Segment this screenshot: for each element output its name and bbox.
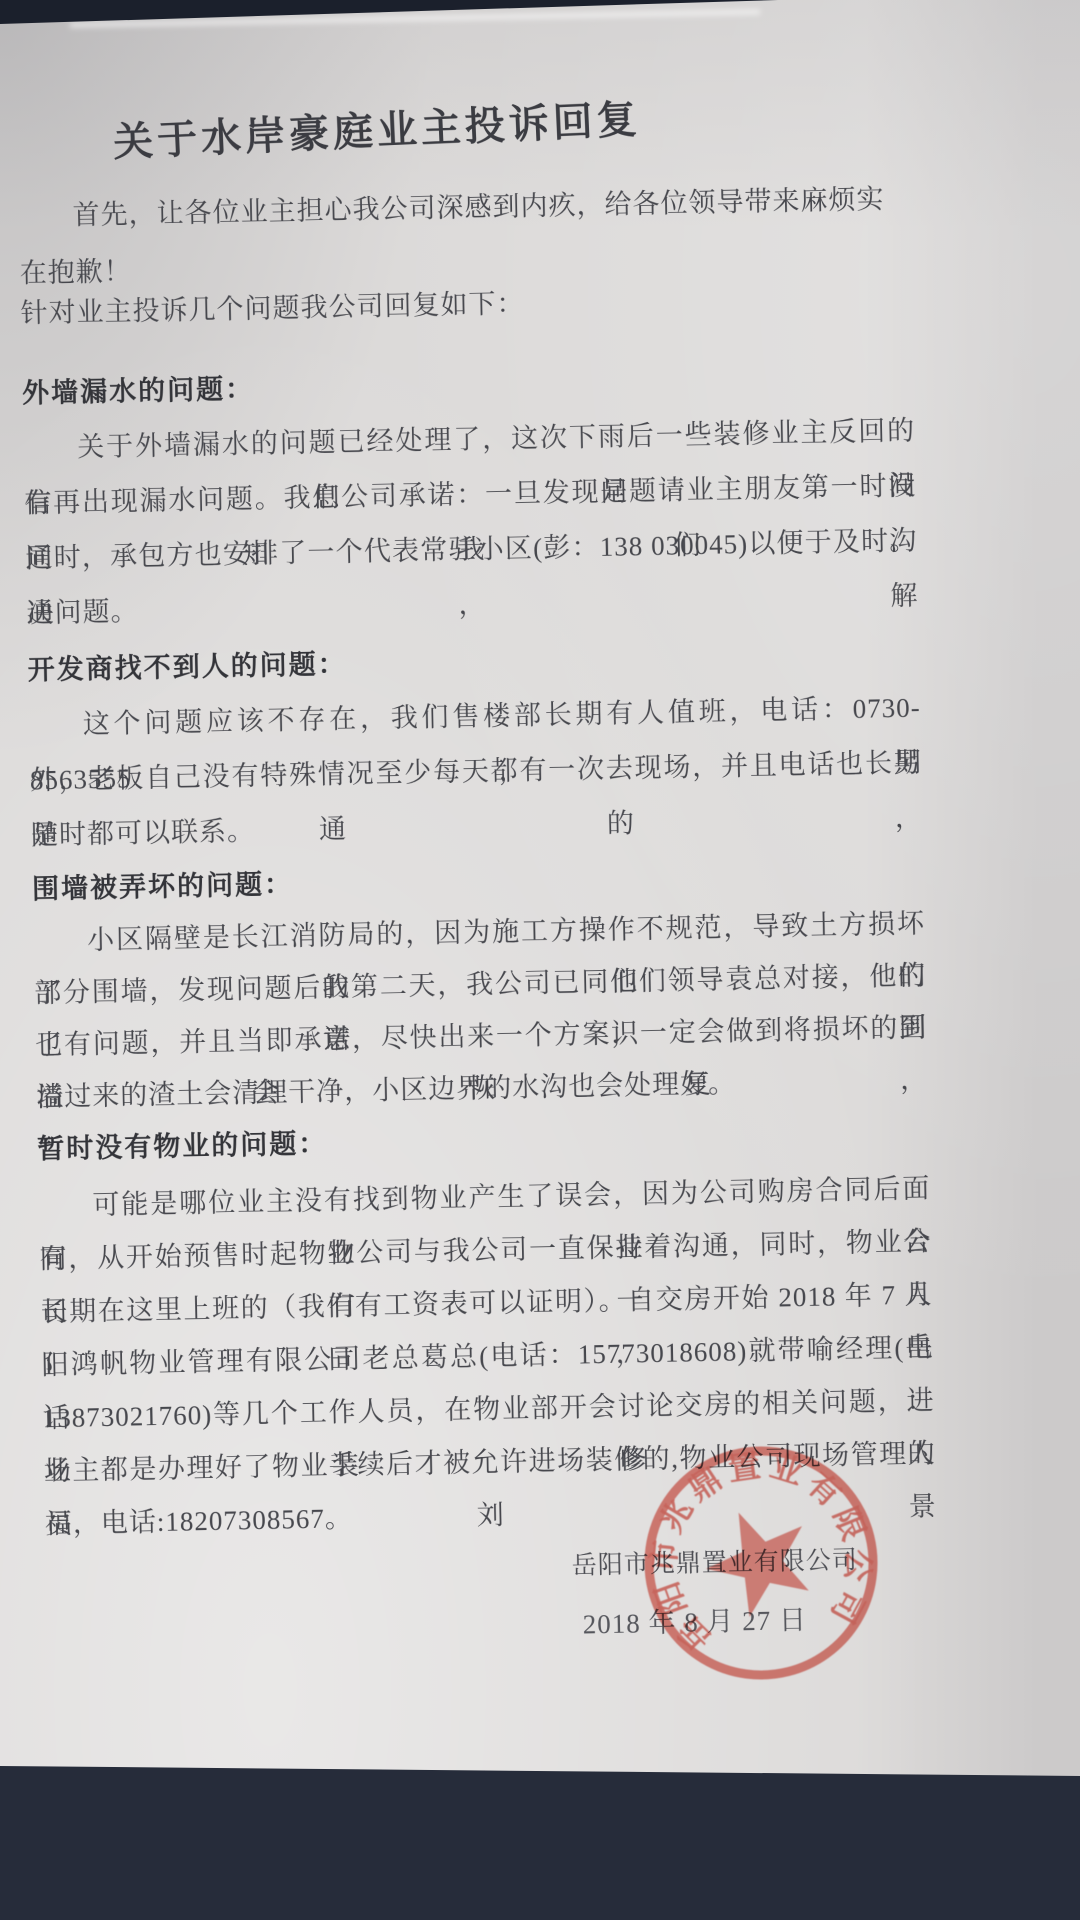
lead-line: 针对业主投诉几个问题我公司回复如下： [20,268,913,343]
section-paragraph: 这个问题应该不存在，我们售楼部长期有人值班，电话：0730-8563555，另 … [28,681,923,864]
section-wall-leak: 外墙漏水的问题： 关于外墙漏水的问题已经处理了，这次下雨后一些装修业主反回的信息… [22,349,919,642]
letter-content: 关于水岸豪庭业主投诉回复 首先，让各位业主担心我公司深感到内疚，给各位领导带来麻… [0,0,1079,1660]
document-date: 2018 年 8 月 27 日 [47,1593,940,1659]
section-paragraph: 关于外墙漏水的问题已经处理了，这次下雨后一些装修业主反回的信息是没 有再出现漏水… [23,404,919,642]
intro-line: 首先，让各位业主担心我公司深感到内疚，给各位领导带来麻烦实在抱歉！ [18,171,911,246]
section-broken-wall: 围墙被弄坏的问题： 小区隔壁是长江消防局的，因为施工方操作不规范，导致土方损坏了… [32,846,929,1124]
section-no-property-management: 暂时没有物业的问题： 可能是哪位业主没有找到物业产生了误会，因为公司购房合同后面… [37,1105,937,1551]
paper-sheet: 关于水岸豪庭业主投诉回复 首先，让各位业主担心我公司深感到内疚，给各位领导带来麻… [0,0,1080,1920]
section-paragraph: 可能是哪位业主没有找到物业产生了误会，因为公司购房合同后面有物业合 同，从开始预… [38,1162,937,1551]
section-developer-unreachable: 开发商找不到人的问题： 这个问题应该不存在，我们售楼部长期有人值班，电话：073… [27,626,923,864]
document-title: 关于水岸豪庭业主投诉回复 [0,86,824,178]
photo-of-document: { "page": { "background_color": "#222836… [0,0,1080,1920]
section-paragraph: 小区隔壁是长江消防局的，因为施工方操作不规范，导致土方损坏了我们的 部分围墙，发… [33,897,929,1123]
